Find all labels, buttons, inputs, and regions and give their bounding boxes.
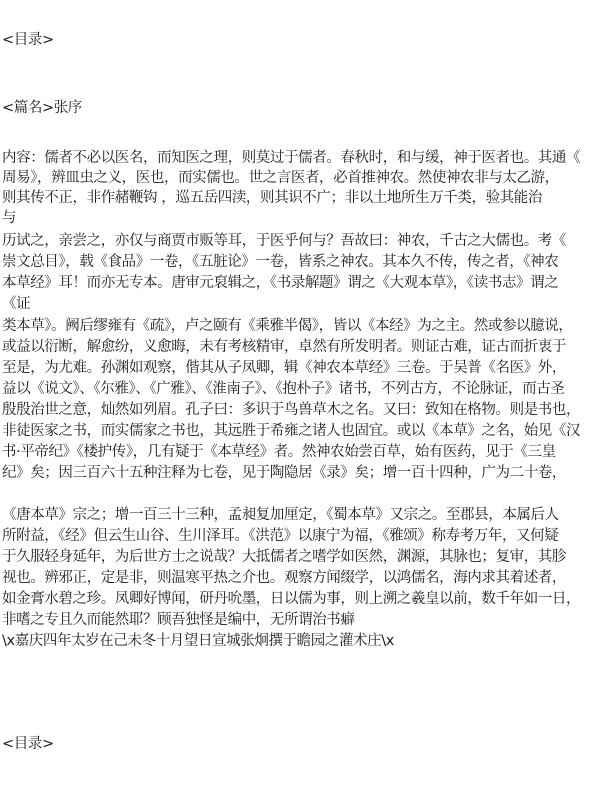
content-line: 则其传不正，非作赭鞭钩 ，巡五岳四渎，则其识不广；非以土地所生万千类，验其能治 <box>2 188 542 208</box>
content-line: 于久服轻身延年，为后世方士之说哉？大抵儒者之嗜学如医然，渊源，其脉也；复审，其胗 <box>2 547 566 567</box>
content-line: \x嘉庆四年太岁在己未冬十月望日宣城张炯撰于瞻园之灌术庄\x <box>2 631 394 651</box>
content-line: 如金膏水碧之珍。凤卿好博闻，研丹吮墨，日以儒为事，则上溯之羲皇以前，数千年如一日… <box>2 589 580 609</box>
content-line: 非徒医家之书，而实儒家之书也，其远胜于希雍之诸人也固宜。或以《本草》之名，始见《… <box>2 421 580 441</box>
toc-link-bottom[interactable]: <目录> <box>2 734 54 754</box>
content-line: 所附益，《经》但云生山谷、生川泽耳。《洪范》以康宁为福，《雅颂》称寿考万年，又何… <box>2 526 558 546</box>
content-line: 周易》，辨皿虫之义，医也，而实儒也。世之言医者，必首推神农。然使神农非与太乙游， <box>2 168 559 188</box>
content-line: 书·平帝纪》《楼护传》，几有疑于《本草经》者。然神农始尝百草，始有医药，见于《三… <box>2 442 556 462</box>
content-line: 殷殷治世之意，灿然如列眉。孔子曰：多识于鸟兽草木之名。又曰：致知在格物。则是书也… <box>2 400 580 420</box>
content-line: 视也。辨邪正，定是非，则温寒平热之介也。观察方闻缀学，以鸿儒名，海内求其着述者， <box>2 568 566 588</box>
content-line: 与 <box>2 208 16 228</box>
content-line: 崇文总目》，载《食品》一卷，《五脏论》一卷，皆系之神农。其本久不传，传之者，《神… <box>2 252 558 272</box>
content-line: 历试之，亲尝之，亦仅与商贾市贩等耳，于医乎何与？吾故曰：神农，千古之大儒也。考《 <box>2 231 566 251</box>
section-title: <篇名>张序 <box>2 98 82 118</box>
content-line: 《证 <box>2 294 30 314</box>
content-line: 《唐本草》宗之；增一百三十三种，孟昶复加厘定，《蜀本草》又宗之。至郡县，本属后人 <box>2 505 559 525</box>
content-line: 类本草》。阙后缪雍有《疏》，卢之颐有《乘雅半偈》，皆以《本经》为之主。然或参以臆… <box>2 316 572 336</box>
content-line: 或益以衍断，解愈纷，义愈晦，未有考核精审，卓然有所发明者。则证古难，证古而折衷于 <box>2 337 566 357</box>
content-line: 本草经》耳！而亦无专本。唐审元裒辑之，《书录解题》谓之《大观本草》，《读书志》谓… <box>2 273 558 293</box>
content-line: 至是，为尤难。孙渊如观察，偕其从子凤卿，辑《神农本草经》三卷。于吴普《名医》外， <box>2 358 566 378</box>
content-line: 益以《说文》、《尔雅》、《广雅》、《淮南子》、《抱朴子》诸书，不列古方，不论脉证… <box>2 379 564 399</box>
content-line: 纪》矣；因三百六十五种注释为七卷，见于陶隐居《录》矣；增一百十四种，广为二十卷， <box>2 463 566 483</box>
toc-link-top[interactable]: <目录> <box>2 30 54 50</box>
content-line: 非嗜之专且久而能然耶？顾吾独怪是编中，无所谓治书癖 <box>2 610 355 630</box>
content-line: 内容：儒者不必以医名，而知医之理，则莫过于儒者。春秋时，和与缓，神于医者也。其通… <box>2 148 580 168</box>
